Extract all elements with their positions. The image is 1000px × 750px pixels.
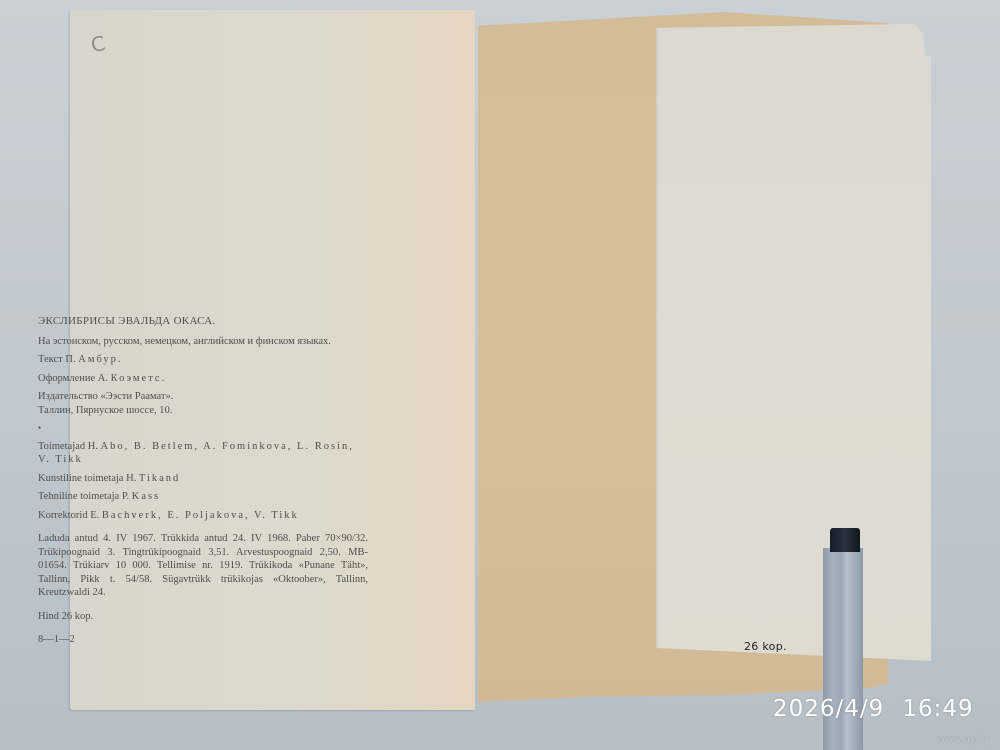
design-label: Оформление А. bbox=[38, 373, 108, 384]
book-title: ЭКСЛИБРИСЫ ЭВАЛЬДА ОКАСА. bbox=[38, 315, 368, 329]
print-details: Laduda antud 4. IV 1967. Trükkida antud … bbox=[38, 532, 368, 600]
design-line: Оформление А. Коэметс. bbox=[38, 372, 368, 386]
proofreaders-line: Korrektorid E. Bachverk, E. Poljakova, V… bbox=[38, 509, 368, 523]
timestamp-time: 16:49 bbox=[902, 696, 973, 722]
art-editor-label: Kunstiline toimetaja H. bbox=[38, 473, 136, 484]
print-code: 8—1—2 bbox=[38, 633, 368, 647]
address-line: Таллин, Пярнуское шоссе, 10. bbox=[38, 404, 368, 418]
photo-scene: C ЭКСЛИБРИСЫ ЭВАЛЬДА ОКАСА. На эстонском… bbox=[0, 0, 1000, 750]
price-line: Hind 26 kop. bbox=[38, 610, 368, 624]
proofreaders-names: Bachverk, E. Poljakova, V. Tikk bbox=[102, 510, 299, 521]
colophon-text: ЭКСЛИБРИСЫ ЭВАЛЬДА ОКАСА. На эстонском, … bbox=[38, 315, 368, 652]
text-author-name: Амбур. bbox=[78, 354, 122, 365]
editors-label: Toimetajad H. bbox=[38, 441, 98, 452]
section-bullet: • bbox=[38, 422, 368, 436]
editors-line: Toimetajad H. Abo, B. Betlem, A. Fominko… bbox=[38, 440, 368, 467]
text-author-line: Текст П. Амбур. bbox=[38, 353, 368, 367]
photo-timestamp: 2026/4/916:49 bbox=[773, 696, 974, 722]
tech-editor-label: Tehniline toimetaja P. bbox=[38, 491, 129, 502]
tech-editor-name: Kass bbox=[132, 491, 160, 502]
proofreaders-label: Korrektorid E. bbox=[38, 510, 99, 521]
inserted-price-slip bbox=[656, 24, 931, 674]
watermark: www.ay.by bbox=[937, 734, 990, 745]
art-editor-name: Tikand bbox=[139, 473, 180, 484]
pen-cap bbox=[830, 528, 860, 552]
languages-line: На эстонском, русском, немецком, английс… bbox=[38, 335, 368, 349]
slip-price-note: 26 kop. bbox=[744, 640, 787, 653]
design-name: Коэметс. bbox=[111, 373, 167, 384]
tech-editor-line: Tehniline toimetaja P. Kass bbox=[38, 490, 368, 504]
text-author-label: Текст П. bbox=[38, 354, 76, 365]
pencil-mark: C bbox=[89, 31, 107, 57]
timestamp-date: 2026/4/9 bbox=[773, 696, 884, 722]
publisher-line: Издательство «Ээсти Раамат». bbox=[38, 390, 368, 404]
art-editor-line: Kunstiline toimetaja H. Tikand bbox=[38, 472, 368, 486]
